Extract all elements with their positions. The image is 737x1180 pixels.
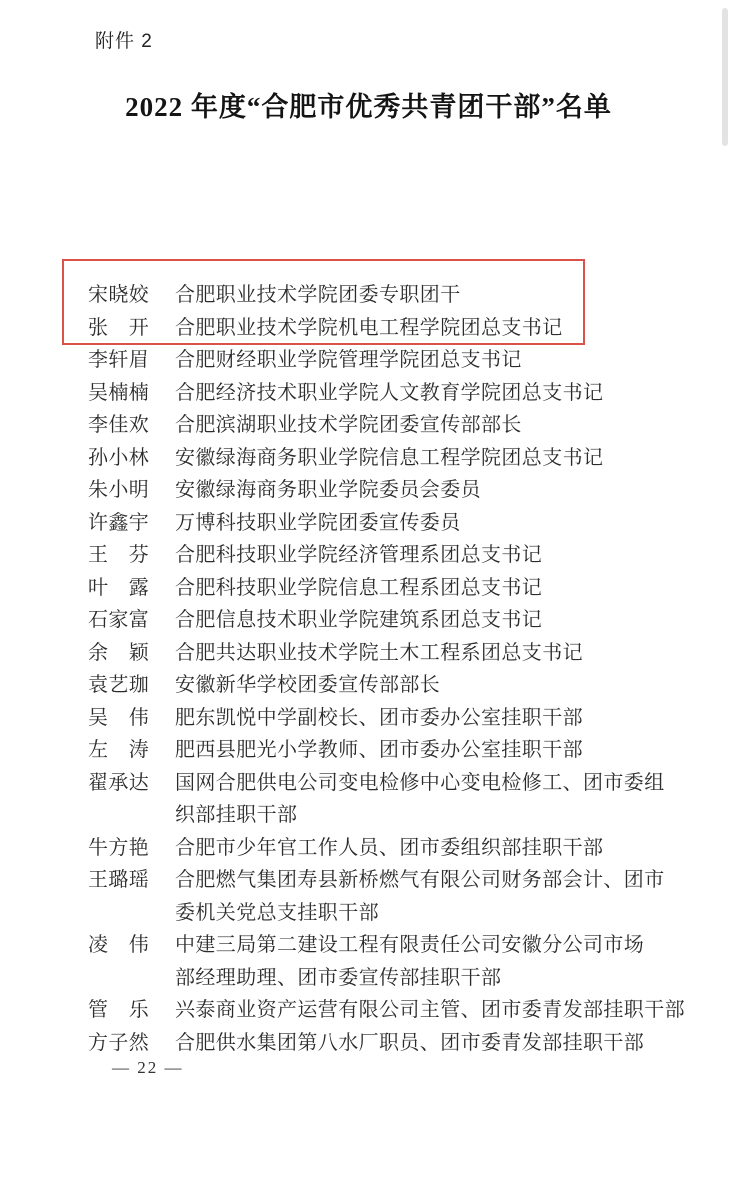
page-number: — 22 — [112, 1058, 184, 1078]
person-position: 万博科技职业学院团委宣传委员 [175, 507, 682, 540]
person-name: 吴楠楠 [88, 377, 154, 410]
list-item: 王璐瑶合肥燃气集团寿县新桥燃气有限公司财务部会计、团市委机关党总支挂职干部 [88, 864, 682, 929]
person-position: 肥西县肥光小学教师、团市委办公室挂职干部 [175, 734, 682, 767]
list-item: 翟承达国网合肥供电公司变电检修中心变电检修工、团市委组织部挂职干部 [88, 767, 682, 832]
person-position: 中建三局第二建设工程有限责任公司安徽分公司市场部经理助理、团市委宣传部挂职干部 [175, 929, 682, 994]
position-line: 中建三局第二建设工程有限责任公司安徽分公司市场 [175, 929, 682, 962]
person-position: 合肥燃气集团寿县新桥燃气有限公司财务部会计、团市委机关党总支挂职干部 [175, 864, 682, 929]
person-position: 合肥职业技术学院团委专职团干 [175, 279, 682, 312]
person-position: 合肥共达职业技术学院土木工程系团总支书记 [175, 637, 682, 670]
list-item: 许鑫宇万博科技职业学院团委宣传委员 [88, 507, 682, 540]
person-name: 牛方艳 [88, 832, 154, 865]
person-name: 余 颖 [88, 637, 154, 670]
list-item: 王 芬合肥科技职业学院经济管理系团总支书记 [88, 539, 682, 572]
person-name: 石家富 [88, 604, 154, 637]
list-item: 凌 伟中建三局第二建设工程有限责任公司安徽分公司市场部经理助理、团市委宣传部挂职… [88, 929, 682, 994]
person-name: 翟承达 [88, 767, 154, 800]
list-item: 吴楠楠合肥经济技术职业学院人文教育学院团总支书记 [88, 377, 682, 410]
person-position: 合肥科技职业学院经济管理系团总支书记 [175, 539, 682, 572]
list-item: 方子然合肥供水集团第八水厂职员、团市委青发部挂职干部 [88, 1027, 682, 1060]
person-position: 安徽绿海商务职业学院信息工程学院团总支书记 [175, 442, 682, 475]
person-name: 张 开 [88, 312, 154, 345]
list-item: 李佳欢合肥滨湖职业技术学院团委宣传部部长 [88, 409, 682, 442]
person-position: 合肥市少年官工作人员、团市委组织部挂职干部 [175, 832, 682, 865]
document-title: 2022 年度“合肥市优秀共青团干部”名单 [0, 85, 737, 124]
list-item: 叶 露合肥科技职业学院信息工程系团总支书记 [88, 572, 682, 605]
list-item: 左 涛肥西县肥光小学教师、团市委办公室挂职干部 [88, 734, 682, 767]
attachment-label: 附件 2 [95, 26, 153, 53]
person-name: 吴 伟 [88, 702, 154, 735]
list-item: 石家富合肥信息技术职业学院建筑系团总支书记 [88, 604, 682, 637]
person-position: 合肥滨湖职业技术学院团委宣传部部长 [175, 409, 682, 442]
list-item: 朱小明安徽绿海商务职业学院委员会委员 [88, 474, 682, 507]
position-line: 合肥财经职业学院管理学院团总支书记 [175, 344, 682, 377]
person-name: 李佳欢 [88, 409, 154, 442]
person-name: 管 乐 [88, 994, 154, 1027]
position-line: 委机关党总支挂职干部 [175, 897, 682, 930]
person-position: 安徽绿海商务职业学院委员会委员 [175, 474, 682, 507]
position-line: 肥东凯悦中学副校长、团市委办公室挂职干部 [175, 702, 682, 735]
person-name: 孙小林 [88, 442, 154, 475]
position-line: 兴泰商业资产运营有限公司主管、团市委青发部挂职干部 [175, 994, 685, 1027]
person-position: 安徽新华学校团委宣传部部长 [175, 669, 682, 702]
position-line: 国网合肥供电公司变电检修中心变电检修工、团市委组 [175, 767, 682, 800]
list-item: 牛方艳合肥市少年官工作人员、团市委组织部挂职干部 [88, 832, 682, 865]
position-line: 安徽绿海商务职业学院委员会委员 [175, 474, 682, 507]
person-name: 凌 伟 [88, 929, 154, 962]
position-line: 万博科技职业学院团委宣传委员 [175, 507, 682, 540]
person-name: 朱小明 [88, 474, 154, 507]
person-position: 合肥财经职业学院管理学院团总支书记 [175, 344, 682, 377]
person-position: 合肥信息技术职业学院建筑系团总支书记 [175, 604, 682, 637]
position-line: 合肥科技职业学院信息工程系团总支书记 [175, 572, 682, 605]
document-page: 附件 2 2022 年度“合肥市优秀共青团干部”名单 宋晓姣合肥职业技术学院团委… [0, 0, 737, 1180]
list-item: 宋晓姣合肥职业技术学院团委专职团干 [88, 279, 682, 312]
position-line: 合肥滨湖职业技术学院团委宣传部部长 [175, 409, 682, 442]
list-item: 吴 伟肥东凯悦中学副校长、团市委办公室挂职干部 [88, 702, 682, 735]
position-line: 合肥信息技术职业学院建筑系团总支书记 [175, 604, 682, 637]
person-name: 叶 露 [88, 572, 154, 605]
list-item: 余 颖合肥共达职业技术学院土木工程系团总支书记 [88, 637, 682, 670]
list-item: 袁艺珈安徽新华学校团委宣传部部长 [88, 669, 682, 702]
person-name: 许鑫宇 [88, 507, 154, 540]
position-line: 合肥经济技术职业学院人文教育学院团总支书记 [175, 377, 682, 410]
list-item: 李轩眉合肥财经职业学院管理学院团总支书记 [88, 344, 682, 377]
list-item: 张 开合肥职业技术学院机电工程学院团总支书记 [88, 312, 682, 345]
list-item: 管 乐兴泰商业资产运营有限公司主管、团市委青发部挂职干部 [88, 994, 682, 1027]
position-line: 合肥共达职业技术学院土木工程系团总支书记 [175, 637, 682, 670]
person-position: 肥东凯悦中学副校长、团市委办公室挂职干部 [175, 702, 682, 735]
position-line: 安徽绿海商务职业学院信息工程学院团总支书记 [175, 442, 682, 475]
position-line: 合肥燃气集团寿县新桥燃气有限公司财务部会计、团市 [175, 864, 682, 897]
person-position: 合肥供水集团第八水厂职员、团市委青发部挂职干部 [175, 1027, 682, 1060]
position-line: 合肥职业技术学院机电工程学院团总支书记 [175, 312, 682, 345]
position-line: 合肥科技职业学院经济管理系团总支书记 [175, 539, 682, 572]
person-name: 方子然 [88, 1027, 154, 1060]
person-position: 合肥科技职业学院信息工程系团总支书记 [175, 572, 682, 605]
position-line: 织部挂职干部 [175, 799, 682, 832]
person-position: 合肥经济技术职业学院人文教育学院团总支书记 [175, 377, 682, 410]
person-name: 宋晓姣 [88, 279, 154, 312]
list-item: 孙小林安徽绿海商务职业学院信息工程学院团总支书记 [88, 442, 682, 475]
position-line: 肥西县肥光小学教师、团市委办公室挂职干部 [175, 734, 682, 767]
position-line: 安徽新华学校团委宣传部部长 [175, 669, 682, 702]
person-position: 合肥职业技术学院机电工程学院团总支书记 [175, 312, 682, 345]
position-line: 部经理助理、团市委宣传部挂职干部 [175, 962, 682, 995]
vertical-scrollbar-thumb[interactable] [722, 8, 728, 146]
person-name: 王璐瑶 [88, 864, 154, 897]
person-position: 兴泰商业资产运营有限公司主管、团市委青发部挂职干部 [175, 994, 685, 1027]
position-line: 合肥供水集团第八水厂职员、团市委青发部挂职干部 [175, 1027, 682, 1060]
person-name: 袁艺珈 [88, 669, 154, 702]
person-name: 左 涛 [88, 734, 154, 767]
cadre-roster-list: 宋晓姣合肥职业技术学院团委专职团干张 开合肥职业技术学院机电工程学院团总支书记李… [88, 279, 682, 1059]
person-name: 李轩眉 [88, 344, 154, 377]
person-position: 国网合肥供电公司变电检修中心变电检修工、团市委组织部挂职干部 [175, 767, 682, 832]
position-line: 合肥市少年官工作人员、团市委组织部挂职干部 [175, 832, 682, 865]
position-line: 合肥职业技术学院团委专职团干 [175, 279, 682, 312]
person-name: 王 芬 [88, 539, 154, 572]
